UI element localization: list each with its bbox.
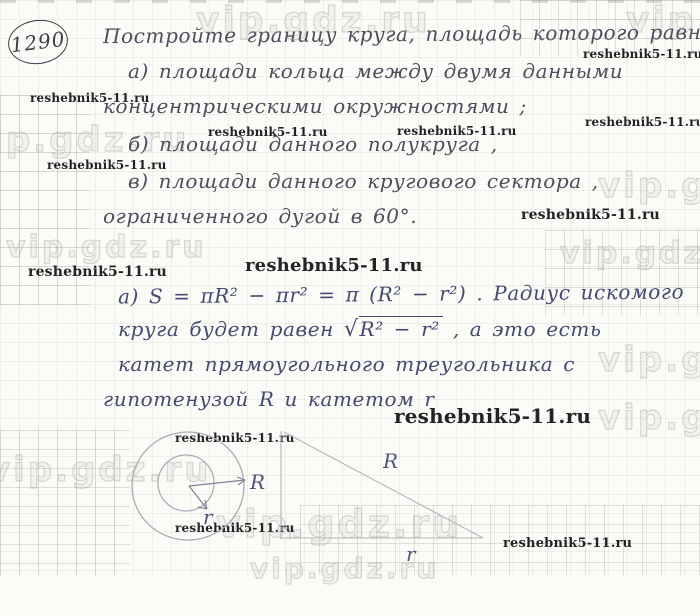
right-angle-mark <box>281 528 290 539</box>
radius-R-line <box>189 480 245 486</box>
triangle-r-label: r <box>406 542 417 566</box>
diagram: R r R r <box>0 0 700 616</box>
triangle-hypotenuse <box>284 432 483 538</box>
triangle-R-label: R <box>382 449 398 473</box>
notebook-page: vip.gdz.ru vip.gdz.ru vip.gdz.ru vip.gdz… <box>0 0 700 616</box>
circle-R-label: R <box>249 470 265 494</box>
circle-r-label: r <box>203 505 214 529</box>
outer-circle <box>132 432 244 540</box>
